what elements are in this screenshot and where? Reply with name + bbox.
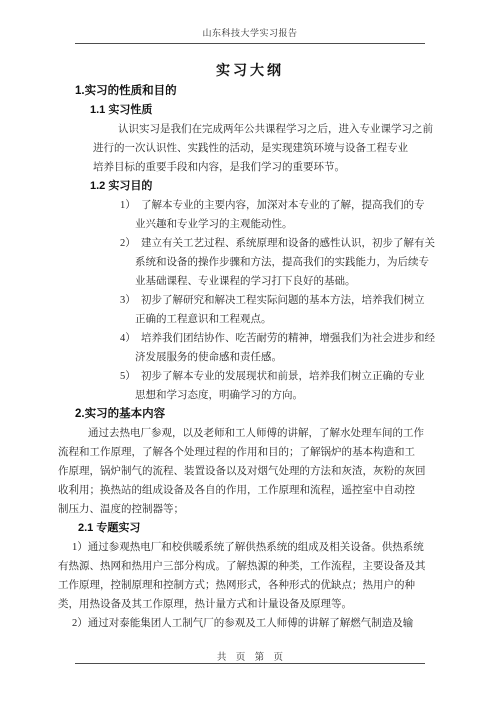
document-line: 流程和工作原理，了解各个处理过程的作用和目的；了解锅炉的基本构造和工 xyxy=(0,443,500,462)
page-header-text: 山东科技大学实习报告 xyxy=(0,26,500,39)
section-heading: 1.1 实习性质 xyxy=(0,101,500,120)
document-line: 业兴趣和专业学习的主观能动性。 xyxy=(0,215,500,234)
document-line: 1）通过参观热电厂和校供暖系统了解供热系统的组成及相关设备。供热系统 xyxy=(0,538,500,557)
document-line: 工作原理，控制原理和控制方式；热网形式，各种形式的优缺点；热用户的种 xyxy=(0,576,500,595)
document-line: 思想和学习态度，明确学习的方向。 xyxy=(0,386,500,405)
document-body: 1.实习的性质和目的1.1 实习性质认识实习是我们在完成两年公共课程学习之后，进… xyxy=(0,82,500,633)
document-line: 正确的工程意识和工程观点。 xyxy=(0,310,500,329)
document-line: 通过去热电厂参观，以及老师和工人师傅的讲解，了解水处理车间的工作 xyxy=(0,424,500,443)
document-line: 2）通过对泰能集团人工制气厂的参观及工人师傅的讲解了解燃气制造及输 xyxy=(0,614,500,633)
section-heading: 1.实习的性质和目的 xyxy=(0,82,500,101)
document-line: 系统和设备的操作步骤和方法，提高我们的实践能力，为后续专 xyxy=(0,253,500,272)
document-line: 2） 建立有关工艺过程、系统原理和设备的感性认识，初步了解有关 xyxy=(0,234,500,253)
document-line: 作原理，锅炉制气的流程、装置设备以及对烟气处理的方法和灰渣，灰粉的灰回 xyxy=(0,462,500,481)
page-footer-text: 共 页 第 页 xyxy=(0,649,500,663)
document-line: 1） 了解本专业的主要内容，加深对本专业的了解，提高我们的专 xyxy=(0,196,500,215)
document-line: 认识实习是我们在完成两年公共课程学习之后，进入专业课学习之前 xyxy=(0,120,500,139)
document-line: 5） 初步了解本专业的发展现状和前景，培养我们树立正确的专业 xyxy=(0,367,500,386)
document-line: 3） 初步了解研究和解决工程实际问题的基本方法，培养我们树立 xyxy=(0,291,500,310)
document-line: 类，用热设备及其工作原理，热计量方式和计量设备及原理等。 xyxy=(0,595,500,614)
document-line: 收利用；换热站的组成设备及各自的作用，工作原理和流程，遥控室中自动控 xyxy=(0,481,500,500)
document-title: 实习大纲 xyxy=(0,60,500,80)
section-heading: 1.2 实习目的 xyxy=(0,177,500,196)
section-heading: 2.实习的基本内容 xyxy=(0,405,500,424)
document-line: 制压力、温度的控制器等； xyxy=(0,500,500,519)
document-line: 济发展服务的使命感和责任感。 xyxy=(0,348,500,367)
document-line: 有热源、热网和热用户三部分构成。了解热源的种类，工作流程，主要设备及其 xyxy=(0,557,500,576)
header-rule xyxy=(75,43,425,44)
document-line: 进行的一次认识性、实践性的活动，是实现建筑环境与设备工程专业 xyxy=(0,139,500,158)
section-heading: 2.1 专题实习 xyxy=(0,519,500,538)
footer-rule xyxy=(75,663,425,664)
document-page: 山东科技大学实习报告 实习大纲 1.实习的性质和目的1.1 实习性质认识实习是我… xyxy=(0,0,500,707)
document-line: 培养目标的重要手段和内容，是我们学习的重要环节。 xyxy=(0,158,500,177)
document-line: 业基础课程、专业课程的学习打下良好的基础。 xyxy=(0,272,500,291)
document-line: 4） 培养我们团结协作、吃苦耐劳的精神，增强我们为社会进步和经 xyxy=(0,329,500,348)
